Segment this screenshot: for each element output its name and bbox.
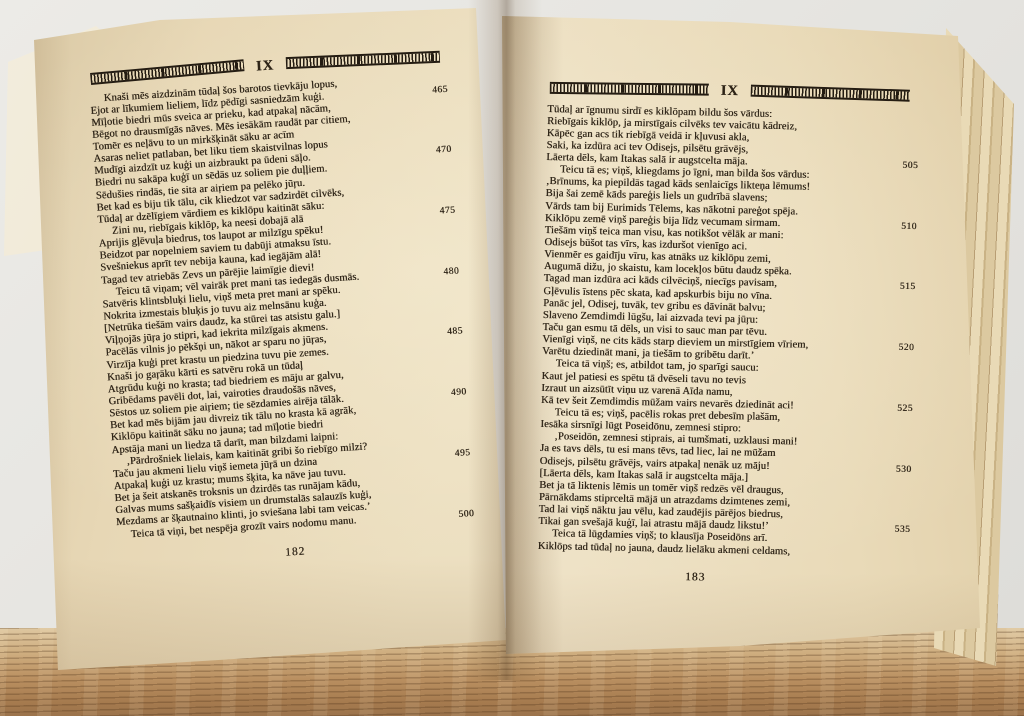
right-page-text: IX Tūdaļ ar īgnumu sirdī es kiklōpam bil… xyxy=(537,80,912,588)
verse-number: 510 xyxy=(901,221,917,233)
verse-number: 490 xyxy=(451,386,467,399)
verse-number: 530 xyxy=(896,463,912,475)
verse-list: Tūdaļ ar īgnumu sirdī es kiklōpam bildu … xyxy=(538,103,912,560)
left-page-text: IX Knaši mēs aizdzinām tūdaļ šos barotos… xyxy=(88,48,472,569)
verse-number: 515 xyxy=(900,281,916,293)
page-gutter-shadow xyxy=(468,0,542,680)
verse-number: 535 xyxy=(894,524,910,536)
verse-number: 500 xyxy=(458,508,474,521)
ornament-band-icon xyxy=(550,82,709,96)
chapter-heading: IX xyxy=(721,84,739,99)
verse-number: 505 xyxy=(902,160,918,172)
verse-number: 525 xyxy=(897,403,913,415)
verse-number: 475 xyxy=(439,205,455,218)
verse-number: 465 xyxy=(432,83,448,96)
verse-list: Knaši mēs aizdzinām tūdaļ šos barotos ti… xyxy=(89,72,470,542)
verse-number: 520 xyxy=(898,342,914,354)
verse-number: 470 xyxy=(436,144,452,157)
verse-number: 485 xyxy=(447,326,463,339)
verse-number: 480 xyxy=(443,265,459,278)
chapter-heading: IX xyxy=(256,58,275,74)
ornament-band-icon xyxy=(751,85,910,102)
verse-number: 495 xyxy=(454,447,470,460)
book-photo: IX Knaši mēs aizdzinām tūdaļ šos barotos… xyxy=(0,0,1024,716)
